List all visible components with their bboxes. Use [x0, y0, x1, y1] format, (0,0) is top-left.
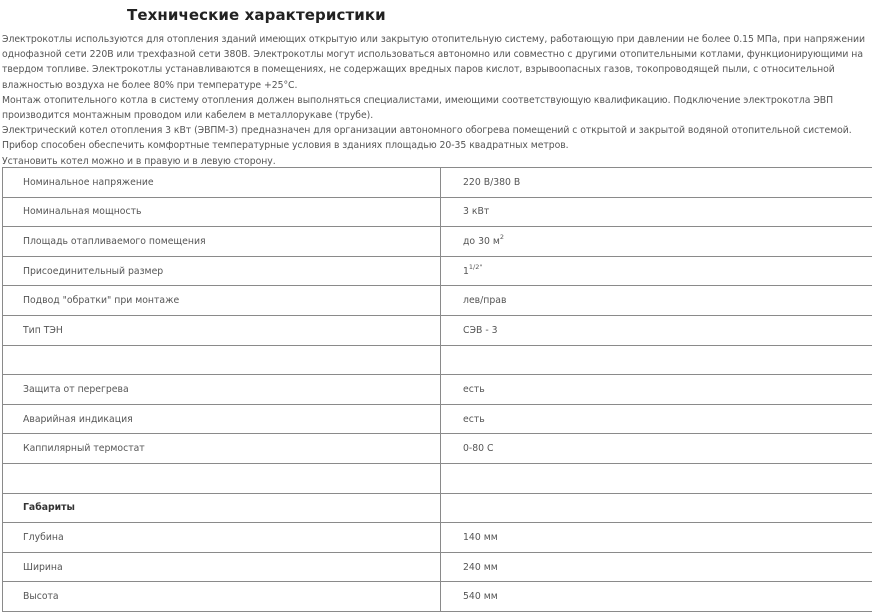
spec-value-text: 140 мм — [463, 532, 498, 543]
spec-label: Присоединительный размер — [3, 256, 441, 286]
spec-value-superscript: 2 — [500, 233, 504, 241]
description-line: Монтаж отопительного котла в систему ото… — [2, 93, 872, 108]
spec-label: Глубина — [3, 523, 441, 553]
table-row: Глубина140 мм — [3, 523, 872, 553]
spec-value — [441, 463, 872, 493]
table-row: Защита от перегреваесть — [3, 375, 872, 405]
spec-label: Номинальное напряжение — [3, 168, 441, 198]
table-row: Каппилярный термостат0-80 С — [3, 434, 872, 464]
spec-value: 240 мм — [441, 552, 872, 582]
description: Электрокотлы используются для отопления … — [2, 32, 872, 169]
spec-label: Подвод "обратки" при монтаже — [3, 286, 441, 316]
table-row: Подвод "обратки" при монтажелев/прав — [3, 286, 872, 316]
spec-value-text: есть — [463, 414, 485, 425]
spec-label: Площадь отапливаемого помещения — [3, 227, 441, 257]
spec-value: 140 мм — [441, 523, 872, 553]
spec-value: до 30 м2 — [441, 227, 872, 257]
page-title: Технические характеристики — [127, 6, 386, 24]
spec-label: Номинальная мощность — [3, 197, 441, 227]
spec-value-text: СЭВ - 3 — [463, 325, 498, 336]
table-row: Номинальное напряжение220 В/380 В — [3, 168, 872, 198]
table-row: Высота540 мм — [3, 582, 872, 612]
spec-label — [3, 345, 441, 375]
spec-label — [3, 463, 441, 493]
spec-value-text: 0-80 С — [463, 443, 494, 454]
table-row: Аварийная индикацияесть — [3, 404, 872, 434]
spec-value-text: есть — [463, 384, 485, 395]
spec-label: Тип ТЭН — [3, 315, 441, 345]
description-line: Прибор способен обеспечить комфортные те… — [2, 138, 872, 153]
spec-value: 220 В/380 В — [441, 168, 872, 198]
spec-value — [441, 493, 872, 523]
spec-value: 3 кВт — [441, 197, 872, 227]
spec-value: есть — [441, 375, 872, 405]
table-section-row: Габариты — [3, 493, 872, 523]
spec-value: есть — [441, 404, 872, 434]
spec-value: 0-80 С — [441, 434, 872, 464]
spec-label: Высота — [3, 582, 441, 612]
description-line: влажностью воздуха не более 80% при темп… — [2, 78, 872, 93]
spec-value-text: 220 В/380 В — [463, 177, 520, 188]
table-row — [3, 345, 872, 375]
table-row: Ширина240 мм — [3, 552, 872, 582]
spec-value-text: 240 мм — [463, 562, 498, 573]
table-row: Тип ТЭНСЭВ - 3 — [3, 315, 872, 345]
spec-value-text: 3 кВт — [463, 206, 489, 217]
table-row: Присоединительный размер11/2" — [3, 256, 872, 286]
spec-value-text: 540 мм — [463, 591, 498, 602]
description-line: однофазной сети 220В или трехфазной сети… — [2, 47, 872, 62]
spec-value: лев/прав — [441, 286, 872, 316]
spec-value-text: лев/прав — [463, 295, 506, 306]
spec-label: Ширина — [3, 552, 441, 582]
spec-label: Габариты — [3, 493, 441, 523]
spec-value: СЭВ - 3 — [441, 315, 872, 345]
description-line: твердом топливе. Электрокотлы устанавлив… — [2, 62, 872, 77]
spec-value-text: до 30 м — [463, 236, 500, 247]
specs-table: Номинальное напряжение220 В/380 ВНоминал… — [2, 167, 872, 612]
description-line: Электрокотлы используются для отопления … — [2, 32, 872, 47]
table-row — [3, 463, 872, 493]
spec-label: Каппилярный термостат — [3, 434, 441, 464]
table-row: Площадь отапливаемого помещениядо 30 м2 — [3, 227, 872, 257]
spec-label: Защита от перегрева — [3, 375, 441, 405]
description-line: Электрический котел отопления 3 кВт (ЭВП… — [2, 123, 872, 138]
spec-value: 540 мм — [441, 582, 872, 612]
spec-value: 11/2" — [441, 256, 872, 286]
spec-label: Аварийная индикация — [3, 404, 441, 434]
table-row: Номинальная мощность 3 кВт — [3, 197, 872, 227]
spec-value-superscript: 1/2" — [469, 263, 482, 271]
description-line: производится монтажным проводом или кабе… — [2, 108, 872, 123]
spec-value — [441, 345, 872, 375]
